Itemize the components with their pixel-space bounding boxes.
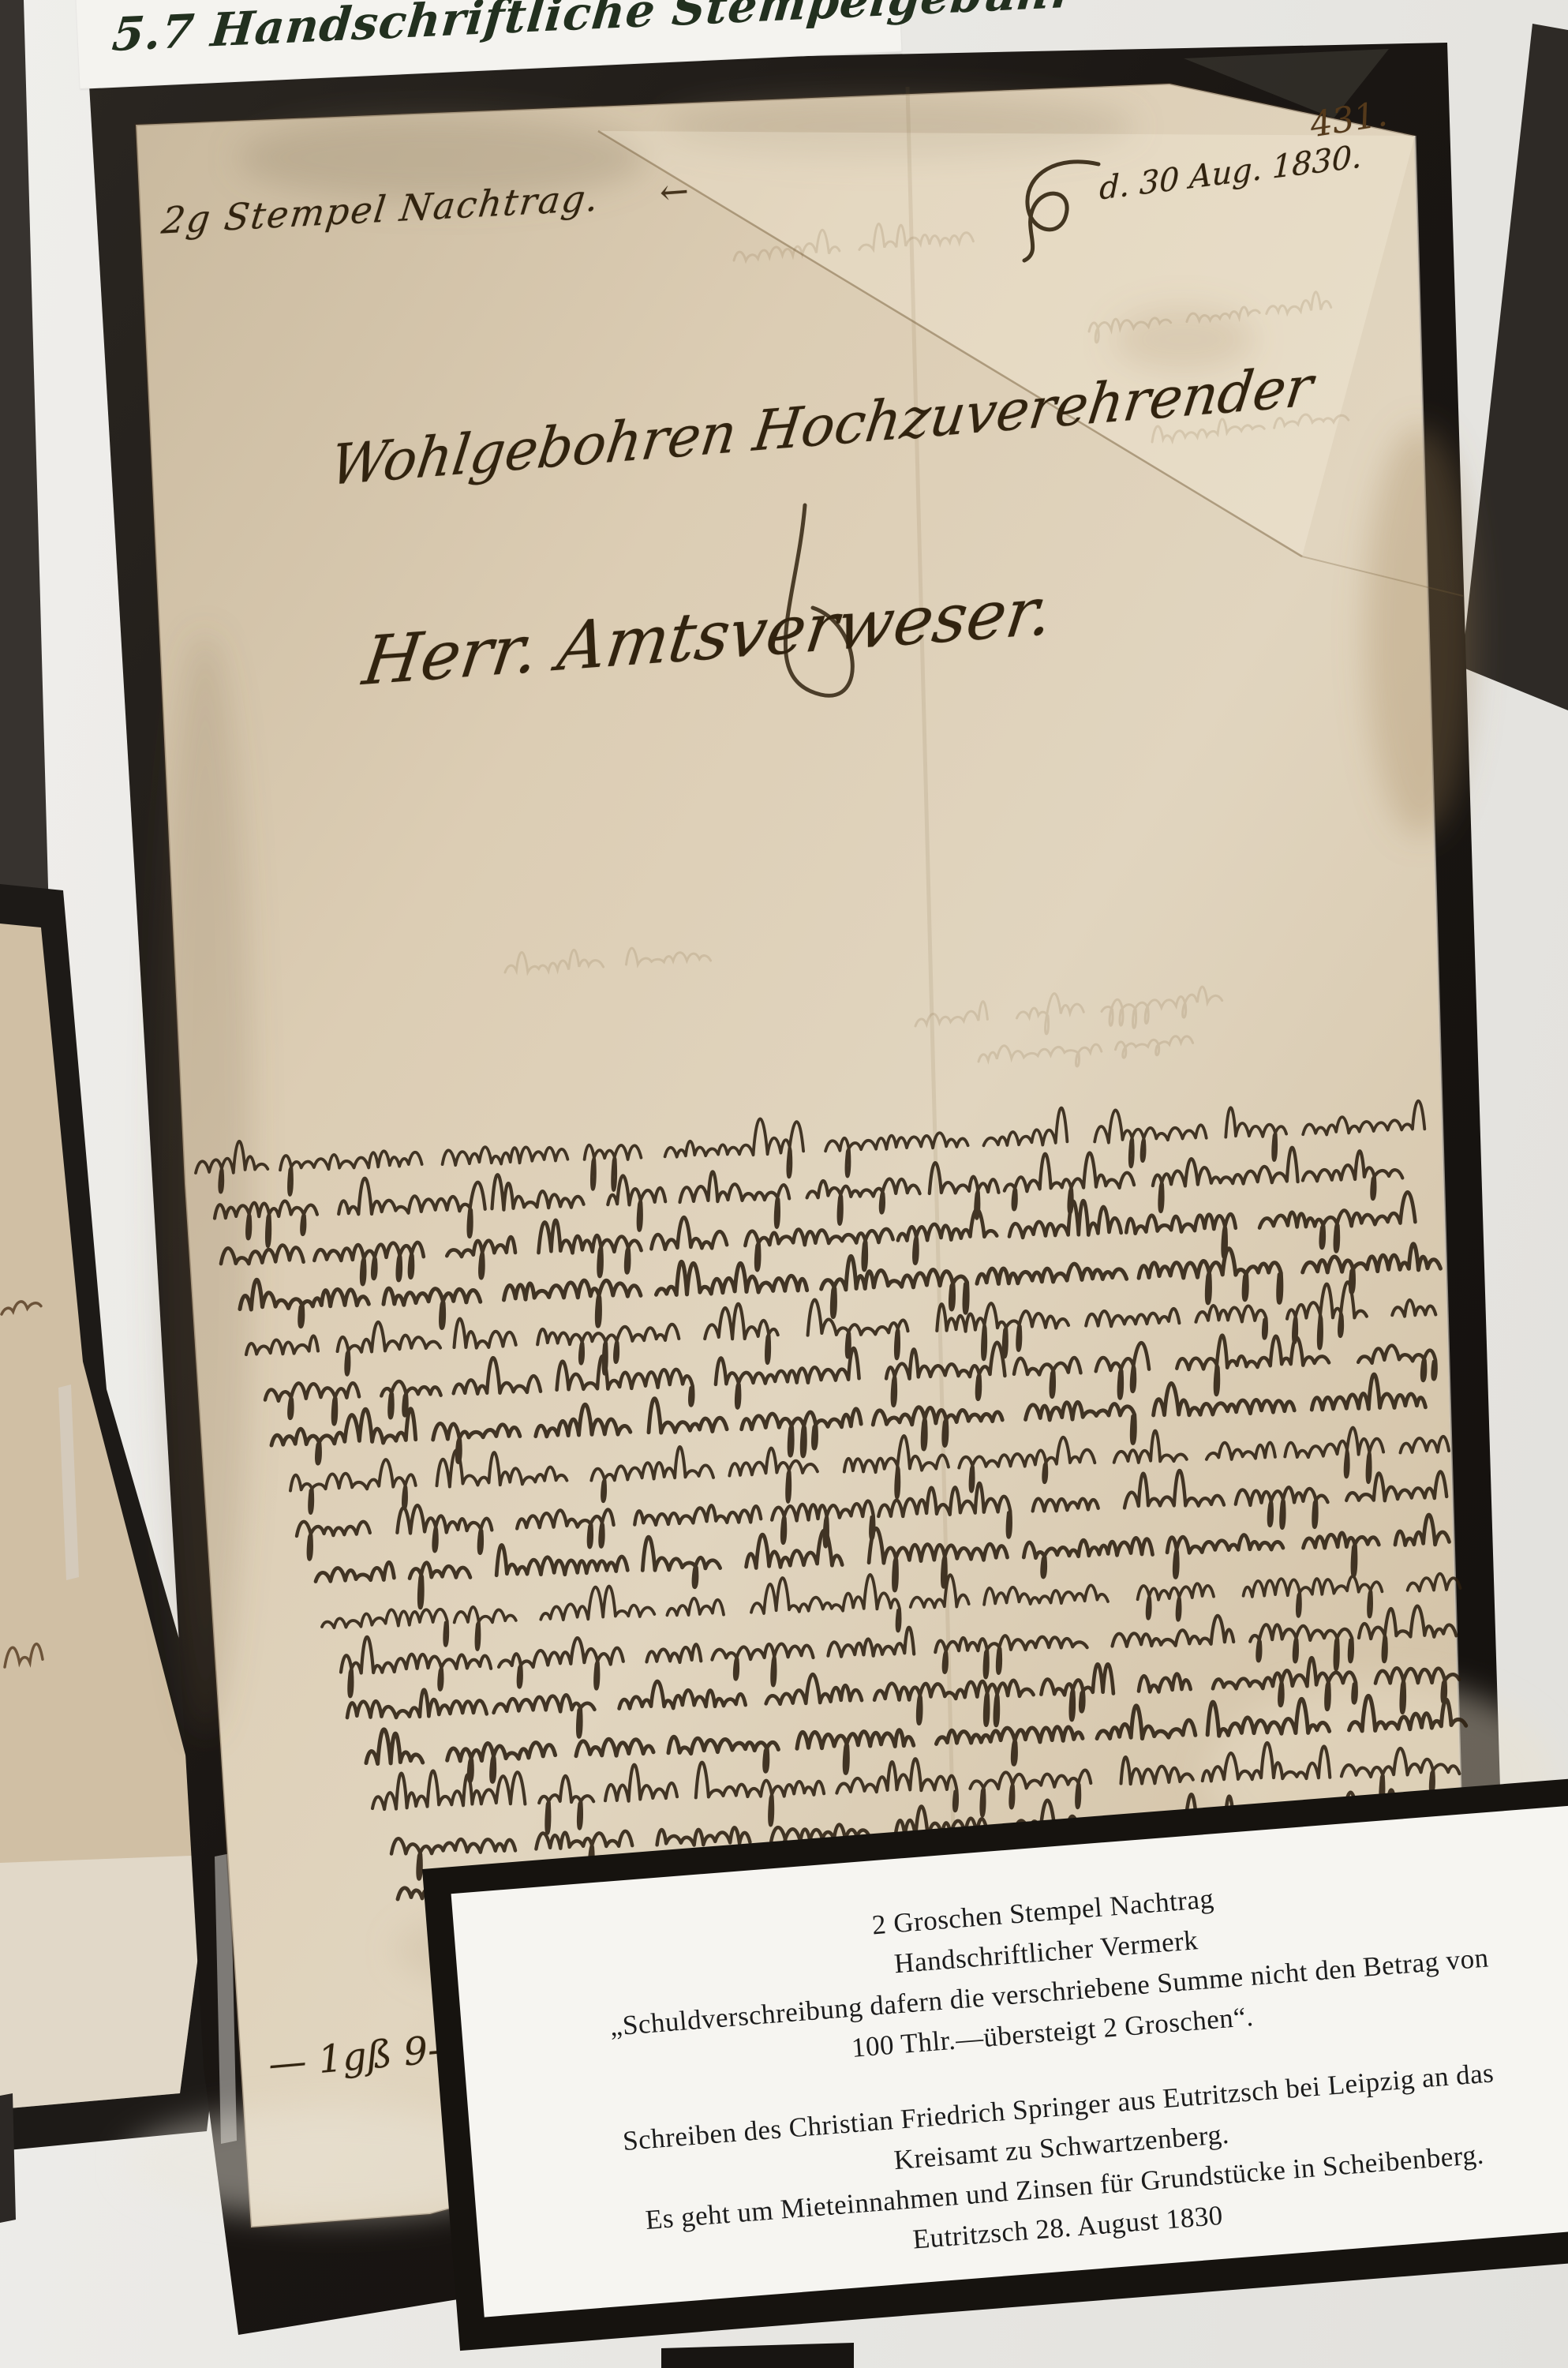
left-page-edge: [0, 0, 49, 935]
right-page-edge: [1461, 24, 1568, 710]
arrow-left-icon: ←: [658, 171, 690, 213]
caption-card: 2 Groschen Stempel Nachtrag Handschriftl…: [451, 1801, 1568, 2317]
next-item-edge: [661, 2343, 854, 2368]
caption-card-frame: 2 Groschen Stempel Nachtrag Handschriftl…: [422, 1773, 1568, 2351]
glassine-overlay: [0, 1855, 211, 2109]
album-page-photo: 5.7 Handschriftliche Stempelgebühr 2g St…: [0, 0, 1568, 2368]
